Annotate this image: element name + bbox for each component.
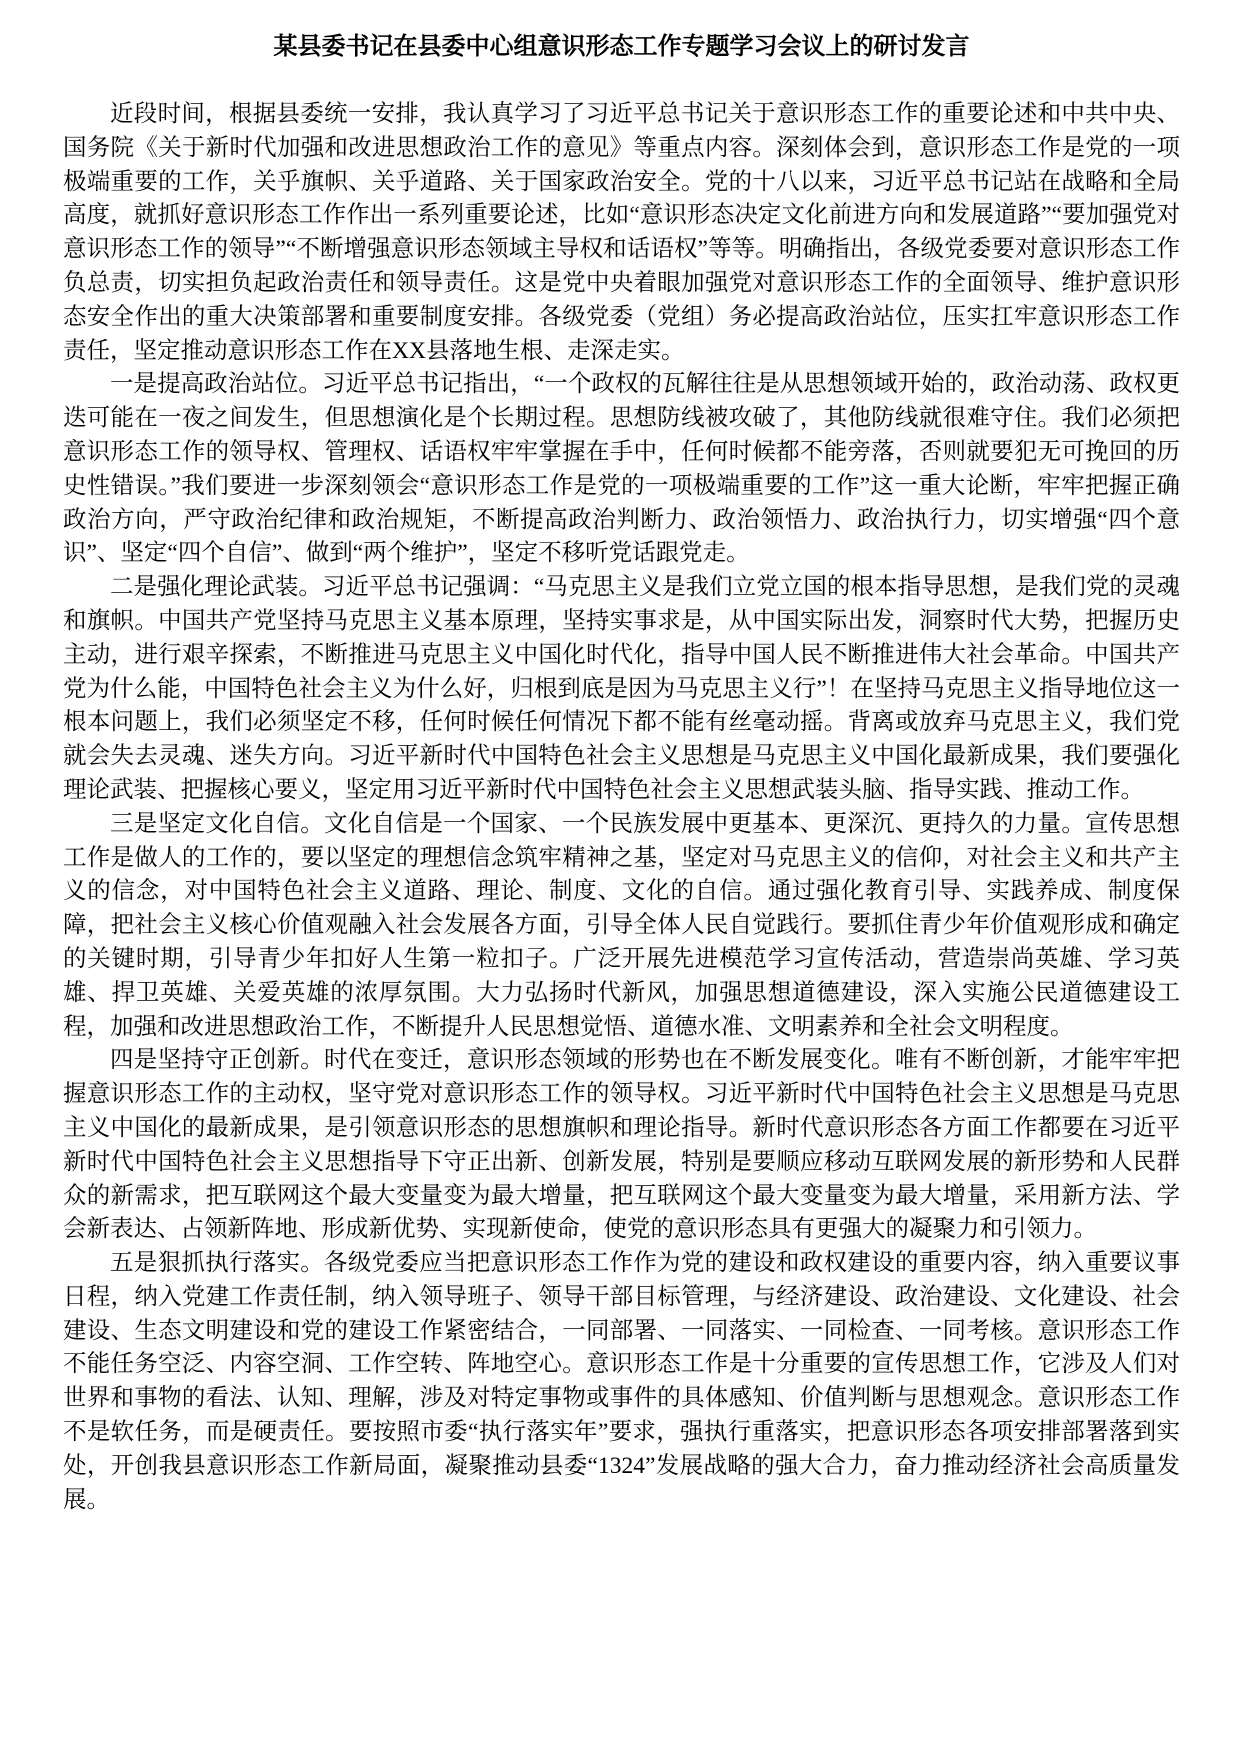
document-title: 某县委书记在县委中心组意识形态工作专题学习会议上的研讨发言 (63, 30, 1180, 64)
paragraph-intro: 近段时间，根据县委统一安排，我认真学习了习近平总书记关于意识形态工作的重要论述和… (63, 98, 1180, 368)
paragraph-point-2: 二是强化理论武装。习近平总书记强调：“马克思主义是我们立党立国的根本指导思想，是… (63, 571, 1180, 808)
paragraph-point-4: 四是坚持守正创新。时代在变迁，意识形态领域的形势也在不断发展变化。唯有不断创新，… (63, 1044, 1180, 1247)
paragraph-point-3: 三是坚定文化自信。文化自信是一个国家、一个民族发展中更基本、更深沉、更持久的力量… (63, 808, 1180, 1045)
document-body: 近段时间，根据县委统一安排，我认真学习了习近平总书记关于意识形态工作的重要论述和… (63, 98, 1180, 1517)
paragraph-point-1: 一是提高政治站位。习近平总书记指出，“一个政权的瓦解往往是从思想领域开始的，政治… (63, 368, 1180, 571)
paragraph-point-5: 五是狠抓执行落实。各级党委应当把意识形态工作作为党的建设和政权建设的重要内容，纳… (63, 1247, 1180, 1517)
document-page: 某县委书记在县委中心组意识形态工作专题学习会议上的研讨发言 近段时间，根据县委统… (0, 0, 1240, 1754)
